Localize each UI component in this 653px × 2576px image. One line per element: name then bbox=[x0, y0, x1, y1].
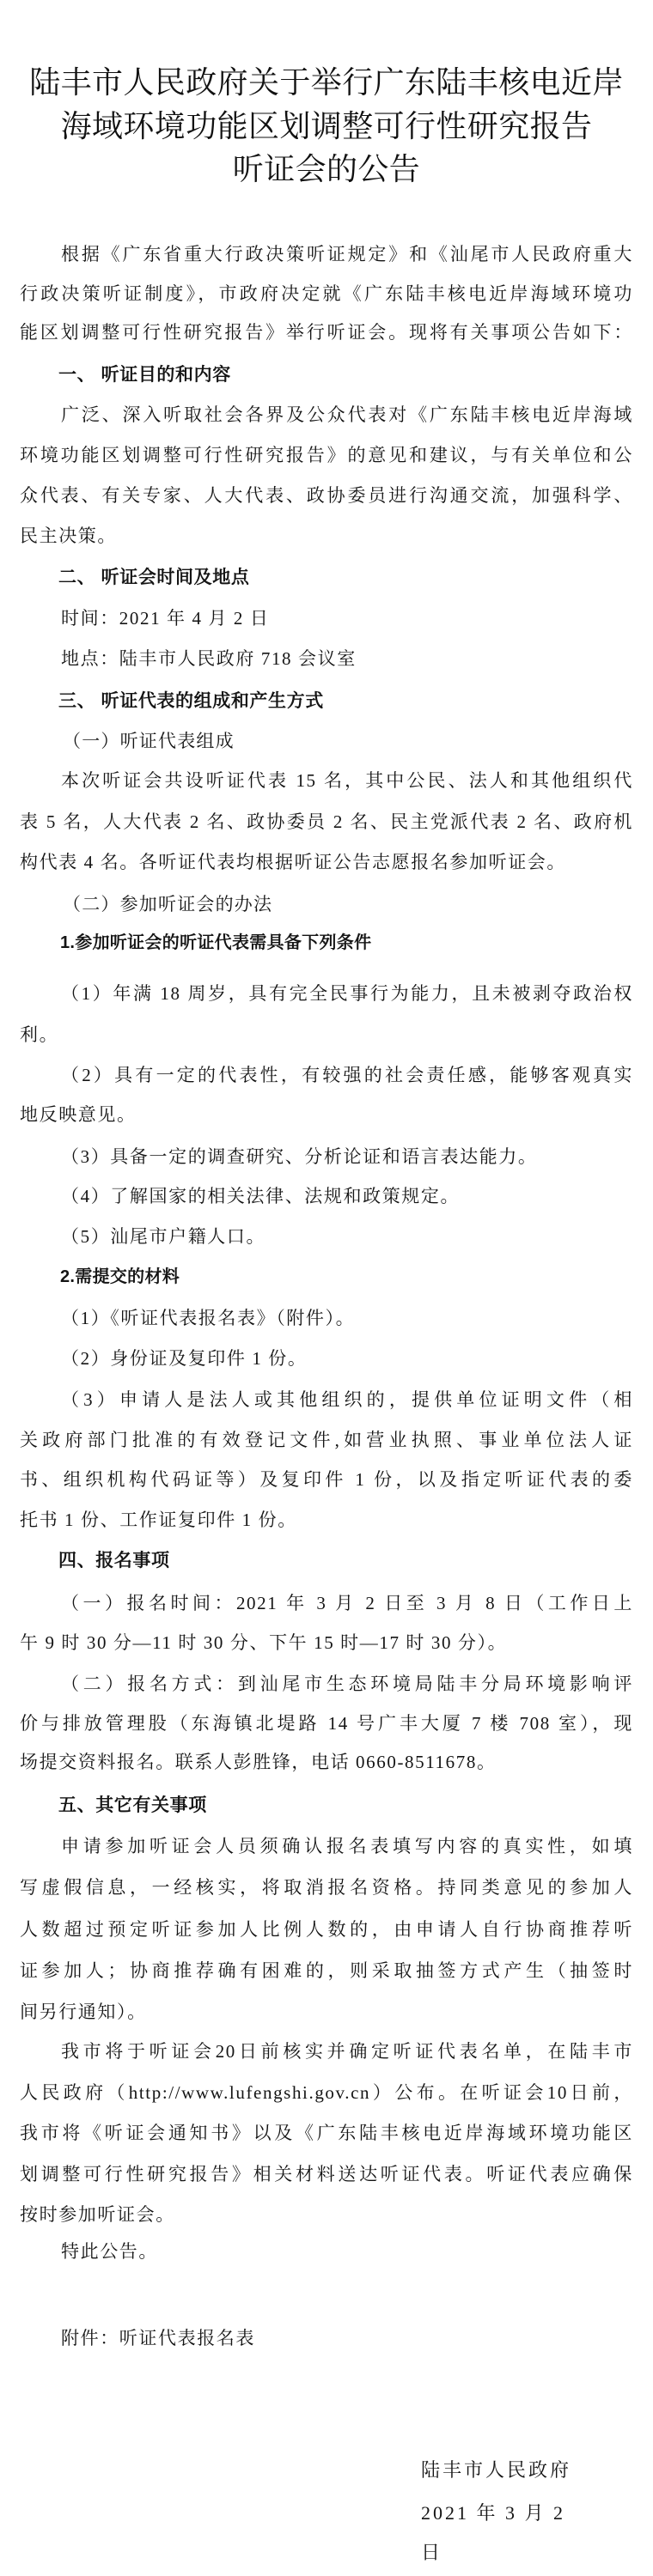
text-line: 广泛、深入听取社会各界及公众代表对《广东陆丰核电近岸海域 bbox=[20, 395, 633, 435]
text-line: 表 5 名，人大代表 2 名、政协委员 2 名、民主党派代表 2 名、政府机 bbox=[20, 802, 633, 843]
condition-item-4: （4）了解国家的相关法律、法规和政策规定。 bbox=[20, 1176, 633, 1216]
condition-item-1: （1）年满 18 周岁，具有完全民事行为能力，且未被剥夺政治权 利。 bbox=[20, 973, 633, 1055]
title-line: 海域环境功能区划调整可行性研究报告 bbox=[0, 106, 653, 149]
document-title: 陆丰市人民政府关于举行广东陆丰核电近岸 海域环境功能区划调整可行性研究报告 听证… bbox=[0, 62, 653, 192]
text-line: （4）了解国家的相关法律、法规和政策规定。 bbox=[20, 1176, 633, 1216]
text-line: （1）年满 18 周岁，具有完全民事行为能力，且未被剥夺政治权 bbox=[20, 973, 633, 1014]
text-line: 人民政府（http://www.lufengshi.gov.cn）公布。在听证会… bbox=[20, 2073, 633, 2114]
text-line: 特此公告。 bbox=[20, 2232, 633, 2271]
title-line: 陆丰市人民政府关于举行广东陆丰核电近岸 bbox=[0, 62, 653, 106]
closing-statement: 特此公告。 bbox=[20, 2232, 633, 2271]
text-line: 申请参加听证会人员须确认报名表填写内容的真实性，如填 bbox=[20, 1826, 633, 1867]
material-item-3: （3）申请人是法人或其他组织的，提供单位证明文件（相 关政府部门批准的有效登记文… bbox=[20, 1380, 633, 1540]
material-item-1: （1）《听证代表报名表》（附件）。 bbox=[20, 1298, 633, 1338]
text-line: 民主决策。 bbox=[20, 516, 633, 556]
registration-method: （二）报名方式：到汕尾市生态环境局陆丰分局环境影响评 价与排放管理股（东海镇北堤… bbox=[20, 1665, 633, 1783]
hearing-place: 地点：陆丰市人民政府 718 会议室 bbox=[20, 639, 633, 678]
text-line: 众代表、有关专家、人大代表、政协委员进行沟通交流，加强科学、 bbox=[20, 476, 633, 516]
text-line: 环境功能区划调整可行性研究报告》的意见和建议，与有关单位和公 bbox=[20, 435, 633, 476]
subheading-participation-method: （二）参加听证会的办法 bbox=[20, 884, 633, 924]
hearing-time: 时间：2021 年 4 月 2 日 bbox=[20, 598, 633, 638]
section-heading-purpose: 一、 听证目的和内容 bbox=[20, 355, 633, 395]
text-line: （3）具备一定的调查研究、分析论证和语言表达能力。 bbox=[20, 1137, 633, 1176]
text-line: （二）报名方式：到汕尾市生态环境局陆丰分局环境影响评 bbox=[20, 1665, 633, 1704]
text-line: （2）身份证及复印件 1 份。 bbox=[20, 1339, 633, 1378]
conditions-heading: 1.参加听证会的听证代表需具备下列条件 bbox=[20, 923, 633, 963]
issuer-signature: 陆丰市人民政府 bbox=[421, 2451, 584, 2490]
text-line: 能区划调整可行性研究报告》举行听证会。现将有关事项公告如下： bbox=[20, 313, 633, 353]
section-heading-representatives: 三、 听证代表的组成和产生方式 bbox=[20, 682, 633, 721]
text-line: 时间：2021 年 4 月 2 日 bbox=[20, 598, 633, 638]
text-line: 书、组织机构代码证等）及复印件 1 份，以及指定听证代表的委 bbox=[20, 1460, 633, 1500]
text-line: 写虚假信息，一经核实，将取消报名资格。持同类意见的参加人 bbox=[20, 1867, 633, 1908]
text-line: 根据《广东省重大行政决策听证规定》和《汕尾市人民政府重大 bbox=[20, 235, 633, 275]
condition-item-2: （2）具有一定的代表性，有较强的社会责任感，能够客观真实 地反映意见。 bbox=[20, 1055, 633, 1134]
section-heading-time-place: 二、 听证会时间及地点 bbox=[20, 558, 633, 598]
text-line: 利。 bbox=[20, 1014, 633, 1055]
text-line: 地反映意见。 bbox=[20, 1095, 633, 1134]
text-line: 关政府部门批准的有效登记文件,如营业执照、事业单位法人证 bbox=[20, 1420, 633, 1461]
text-line: 午 9 时 30 分—11 时 30 分、下午 15 时—17 时 30 分）。 bbox=[20, 1623, 633, 1662]
title-line: 听证会的公告 bbox=[0, 149, 653, 192]
material-item-2: （2）身份证及复印件 1 份。 bbox=[20, 1339, 633, 1378]
text-line: （一）报名时间：2021 年 3 月 2 日至 3 月 8 日（工作日上 bbox=[20, 1583, 633, 1623]
text-line: 托书 1 份、工作证复印件 1 份。 bbox=[20, 1500, 633, 1540]
subheading-composition: （一）听证代表组成 bbox=[20, 721, 633, 761]
text-line: 间另行通知）。 bbox=[20, 1991, 633, 2032]
text-line: 附件：听证代表报名表 bbox=[20, 2318, 633, 2358]
text-line: 我市将于听证会20日前核实并确定听证代表名单，在陆丰市 bbox=[20, 2032, 633, 2073]
other-matters-paragraph-2: 我市将于听证会20日前核实并确定听证代表名单，在陆丰市 人民政府（http://… bbox=[20, 2032, 633, 2236]
issue-date: 2021 年 3 月 2 日 bbox=[421, 2494, 584, 2533]
text-line: 本次听证会共设听证代表 15 名，其中公民、法人和其他组织代 bbox=[20, 761, 633, 802]
announcement-page: 陆丰市人民政府关于举行广东陆丰核电近岸 海域环境功能区划调整可行性研究报告 听证… bbox=[0, 0, 653, 2576]
materials-heading: 2.需提交的材料 bbox=[20, 1257, 633, 1297]
text-line: 人数超过预定听证参加人比例人数的，由申请人自行协商推荐听 bbox=[20, 1909, 633, 1950]
text-line: 价与排放管理股（东海镇北堤路 14 号广丰大厦 7 楼 708 室），现 bbox=[20, 1704, 633, 1744]
text-line: 行政决策听证制度》，市政府决定就《广东陆丰核电近岸海域环境功 bbox=[20, 275, 633, 314]
registration-time: （一）报名时间：2021 年 3 月 2 日至 3 月 8 日（工作日上 午 9… bbox=[20, 1583, 633, 1662]
attachment-note: 附件：听证代表报名表 bbox=[20, 2318, 633, 2358]
text-line: 场提交资料报名。联系人彭胜锋，电话 0660-8511678。 bbox=[20, 1743, 633, 1783]
section-heading-registration: 四、报名事项 bbox=[20, 1541, 633, 1581]
text-line: 我市将《听证会通知书》以及《广东陆丰核电近岸海域环境功能区 bbox=[20, 2113, 633, 2154]
text-line: （1）《听证代表报名表》（附件）。 bbox=[20, 1298, 633, 1338]
text-line: 证参加人；协商推荐确有困难的，则采取抽签方式产生（抽签时 bbox=[20, 1950, 633, 1991]
condition-item-5: （5）汕尾市户籍人口。 bbox=[20, 1217, 633, 1256]
text-line: （5）汕尾市户籍人口。 bbox=[20, 1217, 633, 1256]
condition-item-3: （3）具备一定的调查研究、分析论证和语言表达能力。 bbox=[20, 1137, 633, 1176]
text-line: 划调整可行性研究报告》相关材料送达听证代表。听证代表应确保 bbox=[20, 2154, 633, 2196]
composition-paragraph: 本次听证会共设听证代表 15 名，其中公民、法人和其他组织代 表 5 名，人大代… bbox=[20, 761, 633, 884]
purpose-paragraph: 广泛、深入听取社会各界及公众代表对《广东陆丰核电近岸海域 环境功能区划调整可行性… bbox=[20, 395, 633, 556]
other-matters-paragraph-1: 申请参加听证会人员须确认报名表填写内容的真实性，如填 写虚假信息，一经核实，将取… bbox=[20, 1826, 633, 2032]
text-line: 按时参加听证会。 bbox=[20, 2195, 633, 2236]
intro-paragraph: 根据《广东省重大行政决策听证规定》和《汕尾市人民政府重大 行政决策听证制度》，市… bbox=[20, 235, 633, 353]
text-line: （3）申请人是法人或其他组织的，提供单位证明文件（相 bbox=[20, 1380, 633, 1420]
text-line: 构代表 4 名。各听证代表均根据听证公告志愿报名参加听证会。 bbox=[20, 842, 633, 884]
section-heading-other-matters: 五、其它有关事项 bbox=[20, 1786, 633, 1826]
text-line: 地点：陆丰市人民政府 718 会议室 bbox=[20, 639, 633, 678]
text-line: （2）具有一定的代表性，有较强的社会责任感，能够客观真实 bbox=[20, 1055, 633, 1095]
